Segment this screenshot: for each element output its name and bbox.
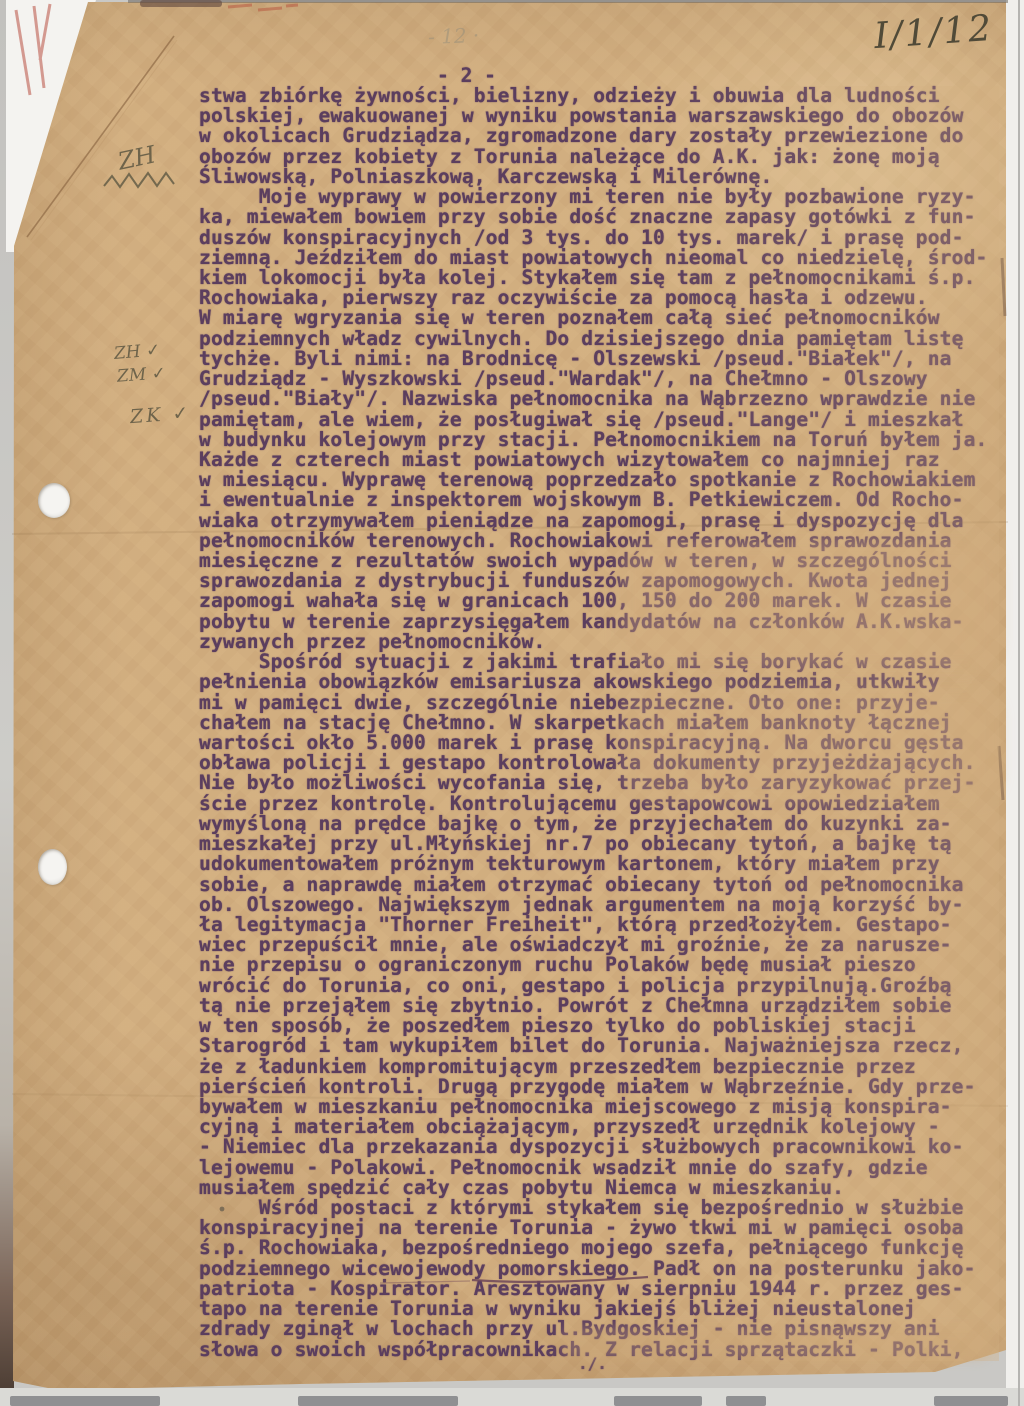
text-line: musiałem spędzić cały czas pobytu Niemca… xyxy=(199,1178,1005,1198)
typewritten-lines: stwa zbiórkę żywności, bielizny, odzieży… xyxy=(199,86,1005,1360)
scanner-shadow-block xyxy=(10,1396,160,1406)
text-line: ka, miewałem bowiem przy sobie dość znac… xyxy=(199,207,1005,227)
text-line: Nie było możliwości wycofania się, trzeb… xyxy=(199,773,1005,793)
text-line: udokumentowałem próżnym tekturowym karto… xyxy=(199,854,1005,874)
text-line: nie przepisu o ograniczonym ruchu Polakó… xyxy=(199,955,1005,975)
faint-pencil-mark: - 12 · xyxy=(428,23,480,49)
scanner-shadow-block xyxy=(726,1396,766,1406)
text-line: podziemnego wicewojewody pomorskiego. Pa… xyxy=(199,1259,1005,1279)
text-line: mi w pamięci dwie, szczególnie niebezpie… xyxy=(199,693,1005,713)
punch-hole-bottom xyxy=(38,849,67,885)
text-line: że z ładunkiem kompromitującym przeszedł… xyxy=(199,1057,1005,1077)
text-line: ś.p. Rochowiaka, bezpośredniego mojego s… xyxy=(199,1238,1005,1258)
text-line: pełnomocników terenowych. Rochowiakowi r… xyxy=(199,531,1005,551)
text-line: obozów przez kobiety z Torunia należące … xyxy=(199,147,1005,167)
scanner-right-edge xyxy=(1006,0,1024,1406)
text-line: w budynku kolejowym przy stacji. Pełnomo… xyxy=(199,430,1005,450)
scanner-right-line xyxy=(1018,0,1020,1406)
margin-check-1: ZH ✓ xyxy=(113,340,161,364)
scanner-shadow-block xyxy=(614,1396,702,1406)
text-line: ziemną. Jeździłem do miast powiatowych n… xyxy=(199,248,1005,268)
text-line: /pseud."Biały"/. Nazwiska pełnomocnika n… xyxy=(199,389,1005,409)
text-line: wiaka otrzymywałem pieniądze na zapomogi… xyxy=(199,511,1005,531)
margin-check-2: ZM ✓ xyxy=(116,363,166,386)
text-line: Starogród i tam wykupiłem bilet do Torun… xyxy=(199,1036,1005,1056)
footer-continuation-mark: ./. xyxy=(578,1354,607,1373)
text-line: lejowemu - Polakowi. Pełnomocnik wsadził… xyxy=(199,1158,1005,1178)
text-line: i ewentualnie z inspektorem wojskowym B.… xyxy=(199,490,1005,510)
text-line: wrócić do Torunia, co oni, gestapo i pol… xyxy=(199,976,1005,996)
margin-check-3: ZK ✓ xyxy=(129,402,192,428)
scanner-shadow-block xyxy=(298,1396,458,1406)
text-line: zapomogi wahała się w granicach 100, 150… xyxy=(199,591,1005,611)
text-line: pamiętam, ale wiem, że posługiwał się /p… xyxy=(199,410,1005,430)
text-line: pierścień kontroli. Drugą przygodę miałe… xyxy=(199,1077,1005,1097)
text-line: ście przez kontrolę. Kontrolującemu gest… xyxy=(199,794,1005,814)
text-line: duszów konspiracyjnych /od 3 tys. do 10 … xyxy=(199,228,1005,248)
archive-reference-handwriting: I/1/12 xyxy=(873,8,995,57)
scanner-shadow-block xyxy=(934,1396,1008,1406)
text-line: - Niemiec dla przekazania dyspozycji słu… xyxy=(199,1137,1005,1157)
text-line: pełnienia obowiązków emisariusza akowski… xyxy=(199,672,1005,692)
text-line: sobie, a naprawdę miałem otrzymać obieca… xyxy=(199,875,1005,895)
text-line: zdrady zginął w lochach przy ul.Bydgoski… xyxy=(199,1319,1005,1339)
text-line: podziemnych władz cywilnych. Do dzisiejs… xyxy=(199,329,1005,349)
document-scan: stwa zbiórkę żywności, bielizny, odzieży… xyxy=(0,0,1024,1406)
page-number: - 2 - xyxy=(437,64,496,87)
text-line: w okolicach Grudziądza, zgromadzone dary… xyxy=(199,126,1005,146)
text-line: ob. Olszowego. Największym jednak argume… xyxy=(199,895,1005,915)
text-line: pobytu w terenie zaprzysięgałem kandydat… xyxy=(199,612,1005,632)
punch-hole-top xyxy=(38,483,70,518)
text-line: W miarę wgryzania się w teren poznałem c… xyxy=(199,308,1005,328)
text-line: chałem na stację Chełmno. W skarpetkach … xyxy=(199,713,1005,733)
